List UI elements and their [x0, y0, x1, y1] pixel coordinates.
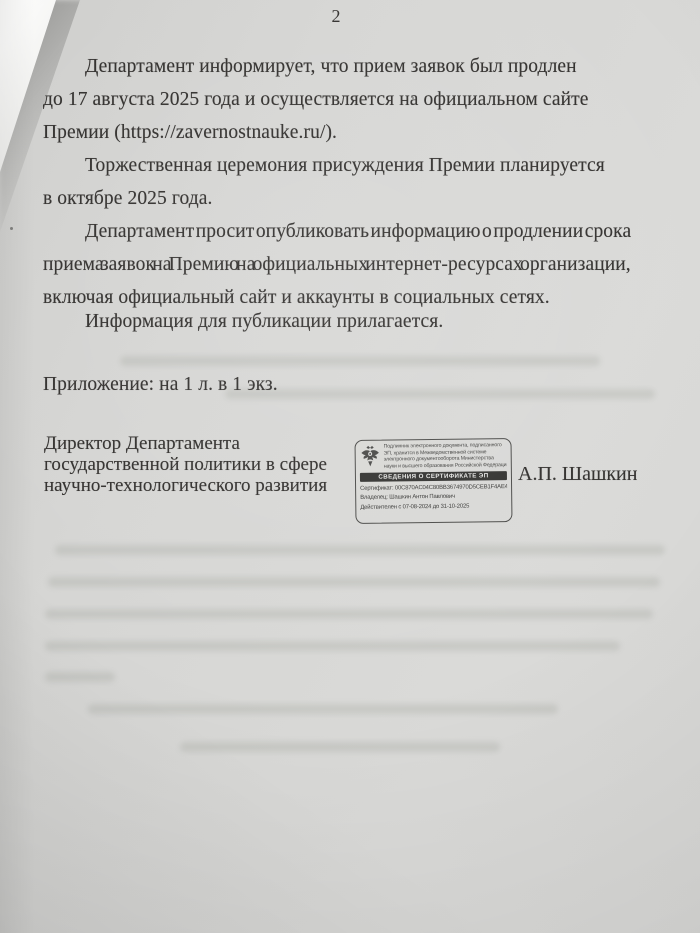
paragraph: Департамент информирует, что прием заяво… — [43, 50, 631, 149]
stamp-header-line: науки и высшего образования Российской Ф… — [384, 462, 507, 470]
bleed-through-line — [120, 356, 600, 366]
validity-line: Действителен с 07-08-2024 до 31-10-2025 — [360, 502, 507, 514]
body-line: Премии (https://zavernostnauke.ru/). — [43, 116, 631, 149]
stamp-title-bar: СВЕДЕНИЯ О СЕРТИФИКАТЕ ЭП — [360, 471, 507, 482]
attachment-note: Приложение: на 1 л. в 1 экз. — [43, 368, 631, 401]
body-line: Торжественная церемония присуждения Прем… — [43, 149, 631, 182]
stamp-details: Сертификат: 00C870AC04C80BB3674970D5CEB1… — [360, 483, 507, 514]
bleed-through-line — [45, 641, 620, 651]
body-line: до 17 августа 2025 года и осуществляется… — [43, 83, 631, 116]
bleed-through-line — [55, 545, 665, 555]
paragraph: Департамент просит опубликовать информац… — [43, 215, 631, 314]
bleed-through-line — [45, 672, 115, 682]
body-line: Департамент просит опубликовать информац… — [43, 215, 631, 248]
coat-of-arms-eagle-icon — [360, 444, 381, 471]
signatory-title-line: научно-технологического развития — [44, 475, 344, 496]
esign-stamp: Подлинник электронного документа, подпис… — [354, 438, 512, 524]
body-line: Информация для публикации прилагается. — [43, 305, 631, 338]
paper-speck — [10, 227, 13, 230]
signatory-title-line: Директор Департамента — [44, 433, 344, 454]
paragraph: Информация для публикации прилагается. — [43, 305, 631, 338]
esign-stamp-header: Подлинник электронного документа, подпис… — [360, 442, 507, 471]
scanned-letter-page: 2 Департамент информирует, что прием зая… — [0, 0, 700, 933]
paragraph: Торжественная церемония присуждения Прем… — [43, 149, 631, 215]
attachment-line: Приложение: на 1 л. в 1 экз. — [43, 368, 631, 401]
bleed-through-line — [45, 609, 653, 619]
body-line: Департамент информирует, что прием заяво… — [43, 50, 631, 83]
bleed-through-line — [180, 742, 500, 752]
body-line: в октябре 2025 года. — [43, 182, 631, 215]
bleed-through-line — [48, 577, 660, 587]
signatory-name: А.П. Шашкин — [518, 463, 637, 486]
signatory-title: Директор Департамента государственной по… — [44, 433, 344, 496]
page-number: 2 — [0, 6, 686, 27]
signatory-title-line: государственной политики в сфере — [44, 454, 344, 475]
bleed-through-line — [88, 704, 558, 714]
body-line: приема заявок на Премию на официальных и… — [43, 248, 631, 281]
